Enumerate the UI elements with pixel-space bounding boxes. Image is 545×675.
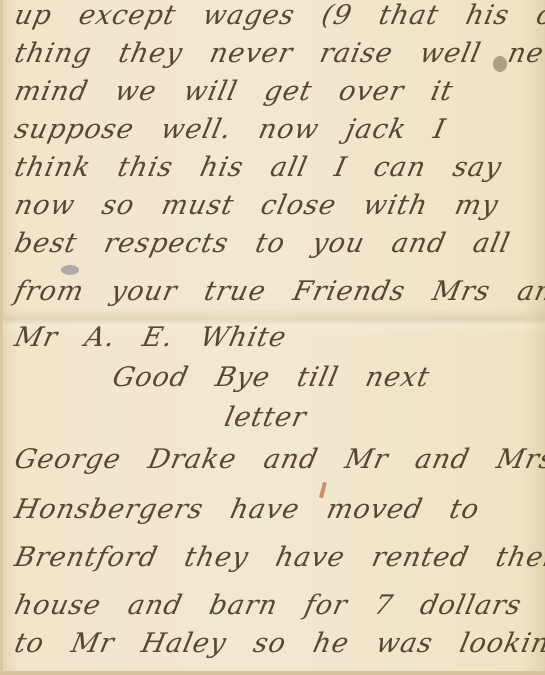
handwritten-line: letter — [222, 402, 545, 433]
handwritten-line: George Drake and Mr and Mrs — [12, 444, 545, 475]
handwritten-line: think this his all I can say — [12, 152, 545, 183]
handwritten-line: to Mr Haley so he was looking — [12, 628, 545, 659]
ink-smudge — [61, 265, 79, 275]
letter-page: up except wages (9 that his onething the… — [0, 0, 545, 675]
handwritten-line: suppose well. now jack I — [12, 114, 545, 145]
handwritten-line: best respects to you and all — [12, 228, 545, 259]
handwritten-line: now so must close with my — [12, 190, 545, 221]
handwritten-line: house and barn for 7 dollars — [12, 590, 545, 621]
handwritten-line: thing they never raise well never — [12, 38, 545, 69]
handwritten-line: Honsbergers have moved to — [12, 494, 545, 525]
handwritten-line: Good Bye till next — [110, 362, 545, 393]
handwritten-line: Mr A. E. White — [12, 322, 545, 353]
handwritten-line: mind we will get over it — [12, 76, 545, 107]
handwritten-line: up except wages (9 that his one — [12, 0, 545, 31]
handwritten-line: from your true Friends Mrs and — [12, 276, 545, 307]
handwritten-line: Brentford they have rented their — [12, 542, 545, 573]
